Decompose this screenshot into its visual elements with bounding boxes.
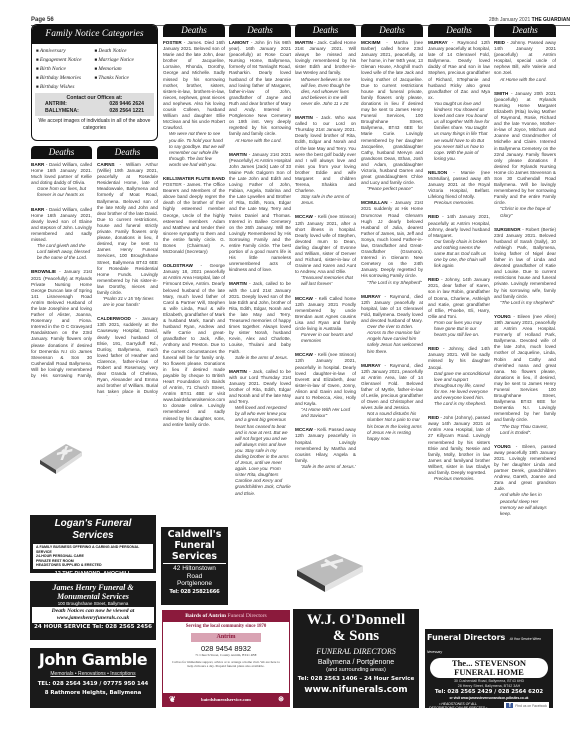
- facebook-label: Find us on Facebook: [515, 704, 547, 708]
- contact-panel: Contact our Offices at: ANTRIM: 028 9446…: [35, 93, 154, 116]
- deaths-heading: Deaths: [295, 24, 356, 37]
- death-notice: REID - John (Johnny), passed away 14th J…: [428, 415, 490, 482]
- john-gamble-ad: John Gamble Memorials • Renovations • In…: [30, 648, 156, 708]
- stevenson-headstones: • HEADSTONES OF ALL DESCRIPTIONS CAN BE …: [429, 702, 487, 708]
- death-notice: MARTIN - Jack. Who was called to our Lor…: [295, 115, 356, 206]
- family-notice-categories-box: Family Notice Categories Anniversary Dea…: [31, 24, 158, 141]
- stevenson-title-oval: The... STEVENSON FUNERAL HOME: [430, 658, 548, 678]
- caldwells-address-1: 42 Hiltonstown: [163, 565, 226, 573]
- death-notice: MURRAY - Raymond 12th January peacefully…: [428, 40, 490, 162]
- odonnell-funeral-ad: W.J. O'Donnell & Sons FUNERAL DIRECTORS …: [293, 609, 419, 708]
- caldwells-funeral-ad: Caldwell's Funeral Services 42 Hiltonsto…: [161, 527, 228, 605]
- odonnell-phone[interactable]: Tel: 028 2563 1406 – 24 Hour Service: [295, 674, 417, 685]
- john-gamble-title: John Gamble: [32, 650, 154, 670]
- bairds-title: Bairds of Antrim Funeral Directors: [163, 611, 289, 622]
- death-notice: BROWNLIE - January 21st 2021 (Peacefully…: [31, 269, 92, 378]
- category-birth-notice: Birth Notice: [36, 65, 95, 73]
- stevenson-phone[interactable]: Tel: 028 2565 2429 / 028 2564 6202: [427, 689, 551, 697]
- death-notice: CAIRNS - William Arthur (Willie) 19th Ja…: [97, 162, 158, 308]
- john-gamble-services: Memorials • Renovations • Inscriptions: [32, 670, 154, 679]
- odonnell-locations: Ballymena / Portglenone: [295, 658, 417, 667]
- james-henry-funeral-ad: James Henry Funeral & Monumental Service…: [30, 581, 156, 640]
- death-notice: YOUNG - Eileen, passed away peacefully 1…: [494, 444, 556, 517]
- death-notice: MARTIN - Jack. Called Home 21st January …: [295, 40, 356, 107]
- odonnell-website[interactable]: www.nifunerals.com: [295, 685, 417, 696]
- logans-bullet: HEADSTONES SUPPLIED & ERECTED: [36, 563, 150, 568]
- deaths-heading: Deaths: [97, 146, 158, 159]
- deaths-column-3: Deaths FOSTER - James. Died 16th January…: [163, 24, 225, 511]
- death-notice: MARTIN - January 21st 2021 (Peacefully) …: [229, 152, 291, 274]
- deaths-heading: Deaths: [494, 24, 556, 37]
- office-phone[interactable]: 028 2564 1221: [109, 108, 144, 115]
- logans-bullets: A FAMILY BUSINESS OFFERING A CARING AND …: [33, 544, 153, 569]
- logans-funeral-ad: Logan's Funeral Services A FAMILY BUSINE…: [30, 515, 156, 573]
- death-notice: MCKIMM - Martha (nee Barber) called home…: [361, 40, 423, 192]
- stevenson-title-2: FUNERAL HOME: [430, 668, 548, 677]
- death-notice: NELSON - Mamie (nee McMullan), passed aw…: [428, 170, 490, 207]
- death-notice: LAMONT - John (in his 98th year). 16th J…: [229, 40, 291, 144]
- deaths-heading: Deaths: [428, 24, 490, 37]
- office-ballymena: BALLYMENA: 028 2564 1221: [41, 108, 148, 115]
- death-notice: MURRAY - Raymond, died 12th January 2021…: [361, 363, 423, 442]
- caldwells-address-3: Portglenone: [163, 580, 226, 588]
- deaths-heading: Deaths: [31, 146, 92, 159]
- death-notice: YOUNG - Eileen (nee Allen) 19th January …: [494, 314, 556, 436]
- james-henry-notice-line: Death Notices can now be viewed at: [32, 608, 154, 615]
- facebook-icon: f: [506, 703, 513, 708]
- category-birthday-memories: Birthday Memories: [36, 74, 95, 82]
- deaths-heading: Deaths: [163, 24, 225, 37]
- bairds-body: Call us for immediate support, advice or…: [163, 658, 289, 671]
- deaths-column-8: Deaths REID - Johnny. Passed away 14th J…: [494, 24, 556, 532]
- death-notice: MCCAW - Kelli (nee Stinson) 12th January…: [295, 214, 356, 287]
- odonnell-title-2: & Sons: [295, 628, 417, 644]
- stevenson-footer: • HEADSTONES OF ALL DESCRIPTIONS CAN BE …: [427, 701, 551, 708]
- categories-title: Family Notice Categories: [32, 25, 157, 44]
- death-notice: MCMULLAN - January 21st 2021 suddenly at…: [361, 200, 423, 285]
- deaths-column-1: Deaths BARR - David William, called Home…: [31, 146, 92, 378]
- categories-list: Anniversary Death Notice Engagement Noti…: [32, 44, 157, 91]
- deaths-column-4: Deaths LAMONT - John (in his 98th year).…: [229, 24, 291, 516]
- john-gamble-address: 8 Rathmore Heights, Ballymena: [32, 689, 154, 698]
- category-birthday-wishes: Birthday Wishes: [36, 83, 95, 91]
- category-thanks-notice: Thanks Notice: [95, 74, 154, 82]
- john-gamble-phone[interactable]: TEL: 028 2564 3419 / 07775 950 144: [32, 679, 154, 689]
- masthead: 28th January 2021 THE GUARDIAN: [489, 17, 570, 23]
- stevenson-banner-title: Funeral Directors: [427, 633, 505, 642]
- death-notice: MCCAW - Kelli Called home 12th January 2…: [295, 296, 356, 345]
- death-notice: KELLSWATER FLUTE BANDFOSTER - James. The…: [163, 176, 225, 255]
- bairds-footer: ❦ bairdsfuneralservice.com ⊛: [163, 693, 289, 706]
- logans-title: Logan's Funeral Services: [33, 518, 153, 542]
- caldwells-address-2: Road: [163, 573, 226, 581]
- deaths-heading: Deaths: [229, 24, 291, 37]
- issue-date: 28th January 2021: [489, 17, 530, 23]
- page-number: Page 56: [31, 17, 54, 23]
- bairds-logo-icon: ❦: [169, 693, 176, 706]
- deaths-heading: Deaths: [361, 24, 423, 37]
- deaths-column-7: Deaths MURRAY - Raymond 12th January pea…: [428, 24, 490, 532]
- death-notice: REID - Johnny, 14th January 2021, dear f…: [428, 277, 490, 338]
- category-death-notice: Death Notice: [95, 47, 154, 55]
- category-engagement-notice: Engagement Notice: [36, 56, 95, 64]
- bairds-funeral-ad: Bairds of Antrim Funeral Directors Servi…: [162, 610, 290, 707]
- james-henry-title-1: James Henry Funeral &: [32, 583, 154, 592]
- death-notice: BARR - David William, called Home 16th J…: [31, 162, 92, 199]
- category-anniversary: Anniversary: [36, 47, 95, 55]
- bible-icon: [295, 552, 365, 594]
- death-notice: GOLDSTRAW - George January 18, 2021 peac…: [163, 263, 225, 428]
- death-notice: SURGENOR - Robert (Bertie) 23rd January …: [494, 227, 556, 306]
- odonnell-title-1: W.J. O'Donnell: [295, 612, 417, 628]
- death-notice: FOSTER - James. Died 16th January 2021. …: [163, 40, 225, 168]
- death-notice: MARTIN - Jack, called to be with the Lor…: [229, 281, 291, 360]
- bible-icon: [36, 440, 84, 476]
- death-notice: REID - Johnny, died 14th January 2021. W…: [428, 346, 490, 407]
- deaths-column-2: Deaths CAIRNS - William Arthur (Willie) …: [97, 146, 158, 396]
- death-notice: MCCAW - Kelli. Passed away 12th January …: [295, 427, 356, 470]
- death-notice: SMITH - January 20th 2021 (peacefully) a…: [494, 91, 556, 219]
- caldwells-phone[interactable]: Tel: 028 25821666: [163, 588, 226, 597]
- death-notice: MARTIN - Jack, called to be with our Lor…: [229, 369, 291, 497]
- james-henry-title-2: Monumental Services: [32, 592, 154, 601]
- bairds-phone[interactable]: 028 9454 8932: [163, 644, 289, 653]
- death-notice: CALDERWOOD - January 13th 2021, suddenly…: [97, 316, 158, 396]
- paper-name: THE GUARDIAN: [532, 17, 570, 23]
- category-marriage-notice: Marriage Notice: [95, 56, 154, 64]
- death-notice: MURRAY - Raymond, died 12th January peac…: [361, 294, 423, 355]
- category-memoriam: Memoriam: [95, 65, 154, 73]
- death-notice: BARR - David William, called Home 16th J…: [31, 207, 92, 262]
- office-name: BALLYMENA:: [45, 108, 79, 115]
- james-henry-footer[interactable]: 24 HOUR SERVICE Tel: 028 2565 2456: [32, 623, 154, 631]
- caldwells-title-3: Services: [163, 551, 226, 564]
- death-notice: REID - 14th January 2021, peacefully at …: [428, 214, 490, 269]
- caldwells-title-2: Funeral: [163, 540, 226, 551]
- james-henry-notice-box: Death Notices can now be viewed at www.j…: [32, 607, 154, 623]
- death-notice: MCCAW - Kelli (nee Stinson) 12th January…: [295, 352, 356, 419]
- stevenson-funeral-ad: Funeral Directors At Your Service When N…: [425, 629, 553, 708]
- odonnell-subtitle: FUNERAL DIRECTORS: [295, 646, 417, 658]
- facebook-link[interactable]: f Find us on Facebook: [504, 702, 549, 708]
- bairds-website[interactable]: bairdsfuneralservice.com: [201, 697, 251, 702]
- caldwells-title-1: Caldwell's: [163, 529, 226, 540]
- logans-bullet: A FAMILY BUSINESS OFFERING A CARING AND …: [36, 545, 150, 554]
- deaths-column-5: Deaths MARTIN - Jack. Called Home 21st J…: [295, 24, 356, 509]
- bairds-seal-icon: ⊛: [278, 693, 284, 706]
- deaths-column-6: Deaths MCKIMM - Martha (nee Barber) call…: [361, 24, 423, 509]
- bairds-branch: Antrim: [191, 633, 261, 642]
- logans-address: 12 THE DIAMOND, AHOGHILL: [33, 571, 153, 573]
- stevenson-banner: Funeral Directors At Your Service When N…: [427, 631, 551, 657]
- james-henry-website[interactable]: www.jameshenryfunerals.co.uk: [32, 615, 154, 622]
- odonnell-area: (and surrounding areas): [295, 667, 417, 674]
- death-notice: REID - Johnny. Passed away 14th January …: [494, 40, 556, 83]
- bairds-tagline: Serving the local community since 1870: [163, 622, 289, 631]
- categories-footer: We accept images of individuals in all o…: [32, 118, 157, 131]
